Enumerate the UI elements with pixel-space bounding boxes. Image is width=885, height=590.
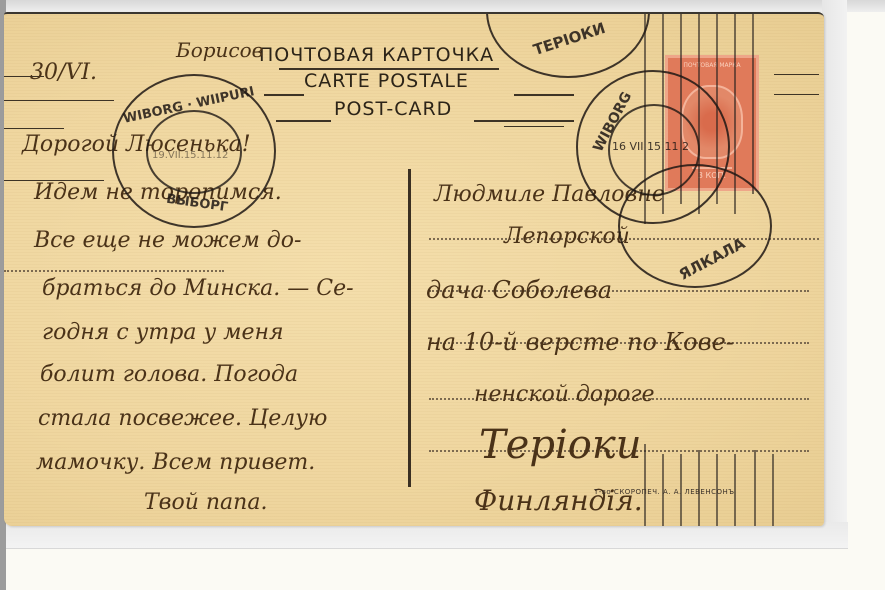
scanner-right-margin: [822, 0, 847, 545]
address-town: Терiоки: [479, 422, 641, 468]
message-line: Все еще не можем до-: [34, 228, 301, 253]
scanner-top-margin: [0, 0, 885, 12]
postmark-wiborg-wiipuri-date: 19.VII.15.11.12: [152, 150, 228, 161]
cancel-line: [774, 94, 819, 95]
cancel-line: [504, 126, 564, 127]
cancel-bar: [752, 14, 754, 194]
header-russian: ПОЧТОВАЯ КАРТОЧКА: [259, 44, 494, 66]
message-place: Борисов: [176, 38, 263, 62]
message-line: стала посвежее. Целую: [38, 406, 327, 431]
header-rule: [276, 120, 331, 122]
cancel-bar: [772, 454, 774, 526]
message-line: годня с утра у меня: [42, 320, 284, 345]
address-line-text: Лепорской: [504, 224, 630, 249]
cancel-bar: [754, 450, 756, 526]
header-rule: [514, 94, 574, 96]
message-date: 30/VI.: [30, 60, 97, 85]
stamp-label: ПОЧТОВАЯ МАРКА: [683, 62, 740, 69]
address-line-text: дача Соболева: [426, 276, 612, 304]
cancel-line: [4, 128, 64, 129]
message-line: мамочку. Всем привет.: [36, 450, 315, 475]
header-rule: [474, 120, 574, 122]
message-line: болит голова. Погода: [40, 362, 298, 387]
cancel-line: [4, 100, 114, 101]
dotted-line: [4, 270, 224, 272]
cancel-line: [774, 74, 819, 75]
message-signature: Твой папа.: [144, 490, 267, 515]
address-line-text: ненской дороге: [474, 382, 655, 407]
header-rule: [264, 94, 304, 96]
address-line-text: на 10-й версте по Кове-: [426, 328, 734, 356]
postmark-wiborg-date: 16 VII 15 11 2: [612, 140, 689, 153]
scanner-bottom-margin: [0, 522, 848, 549]
center-divider: [408, 169, 411, 487]
message-line: браться до Минска. — Се-: [42, 276, 354, 301]
header-french: CARTE POSTALE: [304, 70, 469, 92]
printer-imprint: Т-во СКОРОПЕЧ. А. А. ЛЕВЕНСОНЪ: [594, 488, 735, 496]
postcard: ПОЧТОВАЯ КАРТОЧКА CARTE POSTALE POST-CAR…: [4, 12, 824, 526]
header-english: POST-CARD: [334, 98, 452, 120]
cancel-bar: [644, 444, 646, 526]
